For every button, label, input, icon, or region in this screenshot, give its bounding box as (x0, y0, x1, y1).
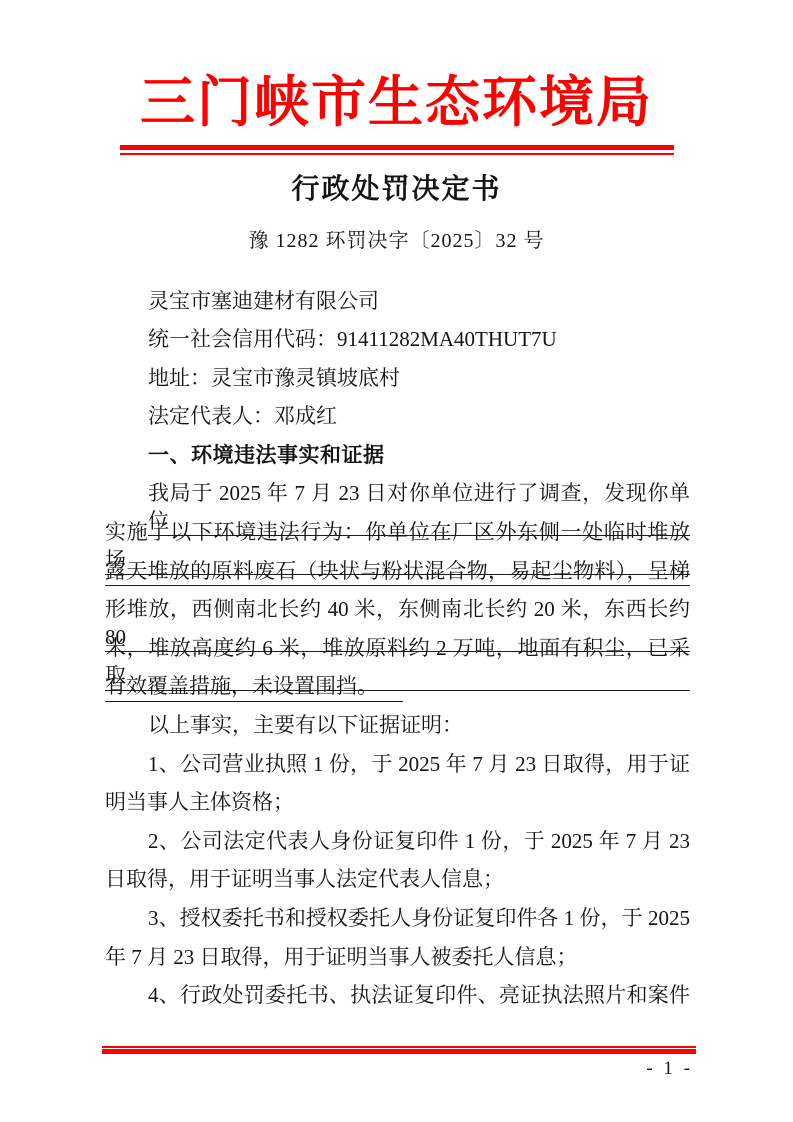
document-number: 豫 1282 环罚决字〔2025〕32 号 (0, 228, 793, 254)
recipient-line-text: 灵宝市塞迪建材有限公司 (148, 288, 690, 316)
facts-line-text: 露天堆放的原料废石（块状与粉状混合物，易起尘物料），呈梯 (105, 558, 690, 587)
evidence-line: 日取得，用于证明当事人法定代表人信息； (105, 861, 690, 900)
document-title: 行政处罚决定书 (0, 172, 793, 207)
header-double-rule (120, 145, 674, 155)
facts-line: 米，堆放高度约 6 米，堆放原料约 2 万吨，地面有积尘，已采取 (105, 629, 690, 668)
evidence-line: 4、行政处罚委托书、执法证复印件、亮证执法照片和案件 (105, 977, 690, 1016)
recipient-block: 灵宝市塞迪建材有限公司统一社会信用代码：91411282MA40THUT7U地址… (105, 282, 690, 436)
facts-line-text: 有效覆盖措施，未设置围挡。 (105, 673, 403, 702)
evidence-line-text: 明当事人主体资格； (105, 789, 690, 817)
evidence-line-text: 年 7 月 23 日取得，用于证明当事人被委托人信息； (105, 944, 690, 972)
recipient-line: 法定代表人：邓成红 (105, 398, 690, 437)
evidence-line-text: 4、行政处罚委托书、执法证复印件、亮证执法照片和案件 (148, 982, 690, 1010)
evidence-block: 以上事实，主要有以下证据证明：1、公司营业执照 1 份，于 2025 年 7 月… (105, 707, 690, 1016)
evidence-line: 明当事人主体资格； (105, 784, 690, 823)
evidence-line-text: 以上事实，主要有以下证据证明： (148, 712, 690, 740)
facts-line: 有效覆盖措施，未设置围挡。 (105, 668, 690, 707)
footer-double-rule (102, 1046, 696, 1054)
recipient-line: 灵宝市塞迪建材有限公司 (105, 282, 690, 321)
evidence-line-text: 2、公司法定代表人身份证复印件 1 份，于 2025 年 7 月 23 (148, 828, 690, 856)
section-1-heading: 一、环境违法事实和证据 (105, 436, 690, 475)
recipient-line-text: 统一社会信用代码：91411282MA40THUT7U (148, 326, 690, 354)
header-rule-thick-line (120, 145, 674, 150)
page-number: - 1 - (646, 1058, 693, 1080)
header-rule-thin-line (120, 153, 674, 155)
evidence-line: 以上事实，主要有以下证据证明： (105, 707, 690, 746)
footer-rule-thin-line (102, 1046, 696, 1048)
footer-rule-thick-line (102, 1049, 696, 1054)
evidence-line: 年 7 月 23 日取得，用于证明当事人被委托人信息； (105, 938, 690, 977)
facts-line: 形堆放，西侧南北长约 40 米，东侧南北长约 20 米，东西长约 80 (105, 591, 690, 630)
evidence-line: 2、公司法定代表人身份证复印件 1 份，于 2025 年 7 月 23 (105, 822, 690, 861)
recipient-line-text: 地址：灵宝市豫灵镇坡底村 (148, 365, 690, 393)
recipient-line: 统一社会信用代码：91411282MA40THUT7U (105, 321, 690, 360)
evidence-line-text: 1、公司营业执照 1 份，于 2025 年 7 月 23 日取得，用于证 (148, 751, 690, 779)
facts-line: 露天堆放的原料废石（块状与粉状混合物，易起尘物料），呈梯 (105, 552, 690, 591)
facts-paragraph: 我局于 2025 年 7 月 23 日对你单位进行了调查，发现你单位实施了以下环… (105, 475, 690, 707)
evidence-line: 1、公司营业执照 1 份，于 2025 年 7 月 23 日取得，用于证 (105, 745, 690, 784)
agency-letterhead-title: 三门峡市生态环境局 (0, 0, 793, 134)
facts-line: 我局于 2025 年 7 月 23 日对你单位进行了调查，发现你单位 (105, 475, 690, 514)
evidence-line-text: 3、授权委托书和授权委托人身份证复印件各 1 份，于 2025 (148, 905, 690, 933)
evidence-line: 3、授权委托书和授权委托人身份证复印件各 1 份，于 2025 (105, 900, 690, 939)
evidence-line-text: 日取得，用于证明当事人法定代表人信息； (105, 866, 690, 894)
section-1-heading-text: 一、环境违法事实和证据 (148, 442, 690, 470)
penalty-decision-page: 三门峡市生态环境局 行政处罚决定书 豫 1282 环罚决字〔2025〕32 号 … (0, 0, 793, 1122)
recipient-line: 地址：灵宝市豫灵镇坡底村 (105, 359, 690, 398)
recipient-line-text: 法定代表人：邓成红 (148, 403, 690, 431)
document-body: 灵宝市塞迪建材有限公司统一社会信用代码：91411282MA40THUT7U地址… (105, 282, 690, 1015)
facts-line: 实施了以下环境违法行为：你单位在厂区外东侧一处临时堆放场 (105, 514, 690, 553)
